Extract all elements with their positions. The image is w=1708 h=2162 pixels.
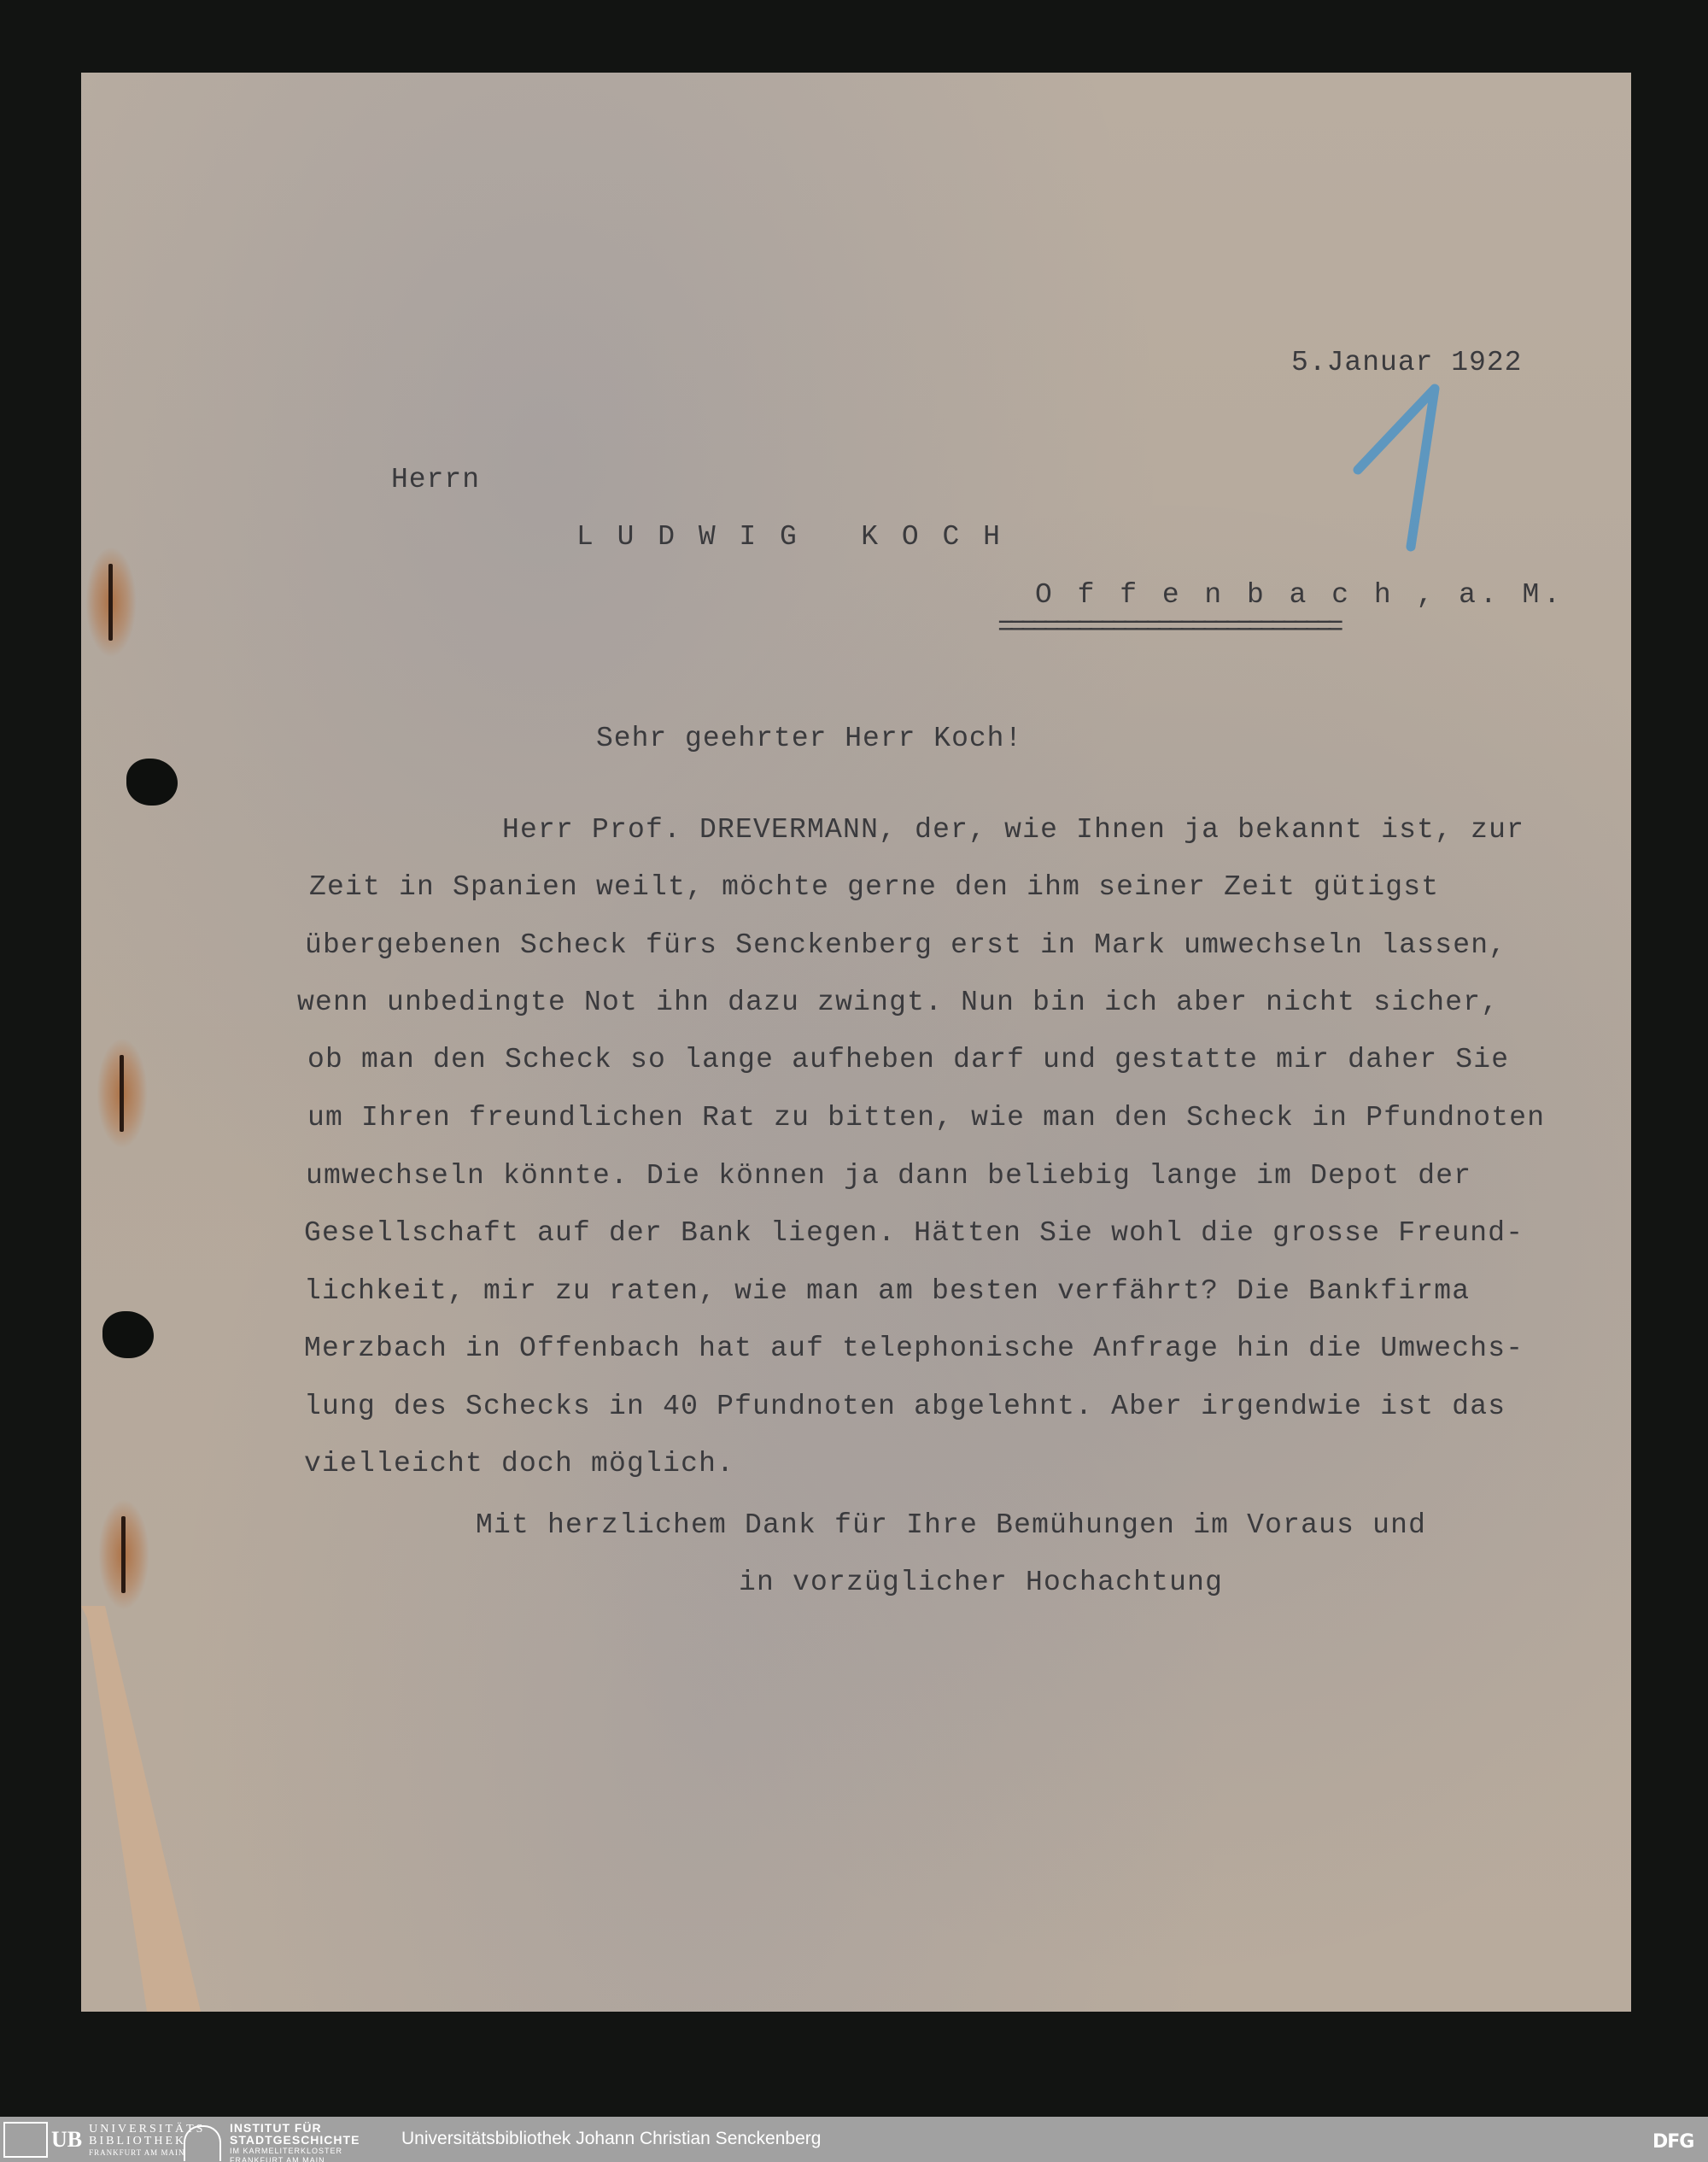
rust-stain <box>85 547 137 658</box>
recipient-name: L U D W I G K O C H <box>576 523 1003 551</box>
body-line: um Ihren freundlichen Rat zu bitten, wie… <box>307 1102 1545 1134</box>
punch-hole <box>102 1311 154 1358</box>
arch-icon <box>184 2125 221 2161</box>
ub-library-logo[interactable]: UB UNIVERSITÄTS BIBLIOTHEK FRANKFURT AM … <box>3 2122 205 2158</box>
isg-line2: STADTGESCHICHTE <box>230 2134 360 2146</box>
isg-institute-logo[interactable]: INSTITUT FÜR STADTGESCHICHTE IM KARMELIT… <box>184 2122 360 2162</box>
body-line: Merzbach in Offenbach hat auf telephonis… <box>304 1333 1524 1364</box>
footer-title: Universitätsbibliothek Johann Christian … <box>401 2129 821 2149</box>
staple-slit <box>108 564 113 641</box>
closing-line: in vorzüglicher Hochachtung <box>739 1567 1223 1598</box>
dfg-logo[interactable]: DFG <box>1652 2131 1693 2153</box>
letter-date: 5.Januar 1922 <box>1291 349 1522 377</box>
body-line: vielleicht doch möglich. <box>304 1448 734 1479</box>
body-line: Gesellschaft auf der Bank liegen. Hätten… <box>304 1217 1524 1249</box>
body-line: umwechseln könnte. Die können ja dann be… <box>306 1160 1471 1192</box>
greeting: Sehr geehrter Herr Koch! <box>596 724 1022 753</box>
ub-letters: UB <box>51 2127 82 2153</box>
rust-stain <box>98 1499 149 1610</box>
staple-slit <box>121 1516 126 1593</box>
footer-bar: UB UNIVERSITÄTS BIBLIOTHEK FRANKFURT AM … <box>0 2117 1708 2162</box>
body-line: Herr Prof. DREVERMANN, der, wie Ihnen ja… <box>502 814 1524 846</box>
archive-number-mark <box>1349 376 1460 564</box>
body-line: lichkeit, mir zu raten, wie man am beste… <box>304 1275 1470 1307</box>
ub-portrait-icon <box>3 2122 48 2158</box>
body-line: lung des Schecks in 40 Pfundnoten abgele… <box>304 1391 1506 1422</box>
body-line: ob man den Scheck so lange aufheben darf… <box>307 1044 1509 1075</box>
salutation-prefix: Herrn <box>391 466 480 494</box>
isg-line4: FRANKFURT AM MAIN <box>230 2157 360 2162</box>
isg-line1: INSTITUT FÜR <box>230 2122 360 2134</box>
body-line: übergebenen Scheck fürs Senckenberg erst… <box>305 929 1506 961</box>
body-line: Zeit in Spanien weilt, möchte gerne den … <box>309 871 1439 903</box>
address-underline: ============================== <box>997 613 1338 642</box>
recipient-city: O f f e n b a c h , a. M. <box>1035 581 1565 609</box>
isg-line3: IM KARMELITERKLOSTER <box>230 2147 360 2155</box>
punch-hole <box>126 759 178 806</box>
staple-slit <box>120 1055 124 1132</box>
rust-stain <box>97 1038 148 1149</box>
closing-line: Mit herzlichem Dank für Ihre Bemühungen … <box>476 1509 1426 1541</box>
body-line: wenn unbedingte Not ihn dazu zwingt. Nun… <box>297 987 1499 1018</box>
